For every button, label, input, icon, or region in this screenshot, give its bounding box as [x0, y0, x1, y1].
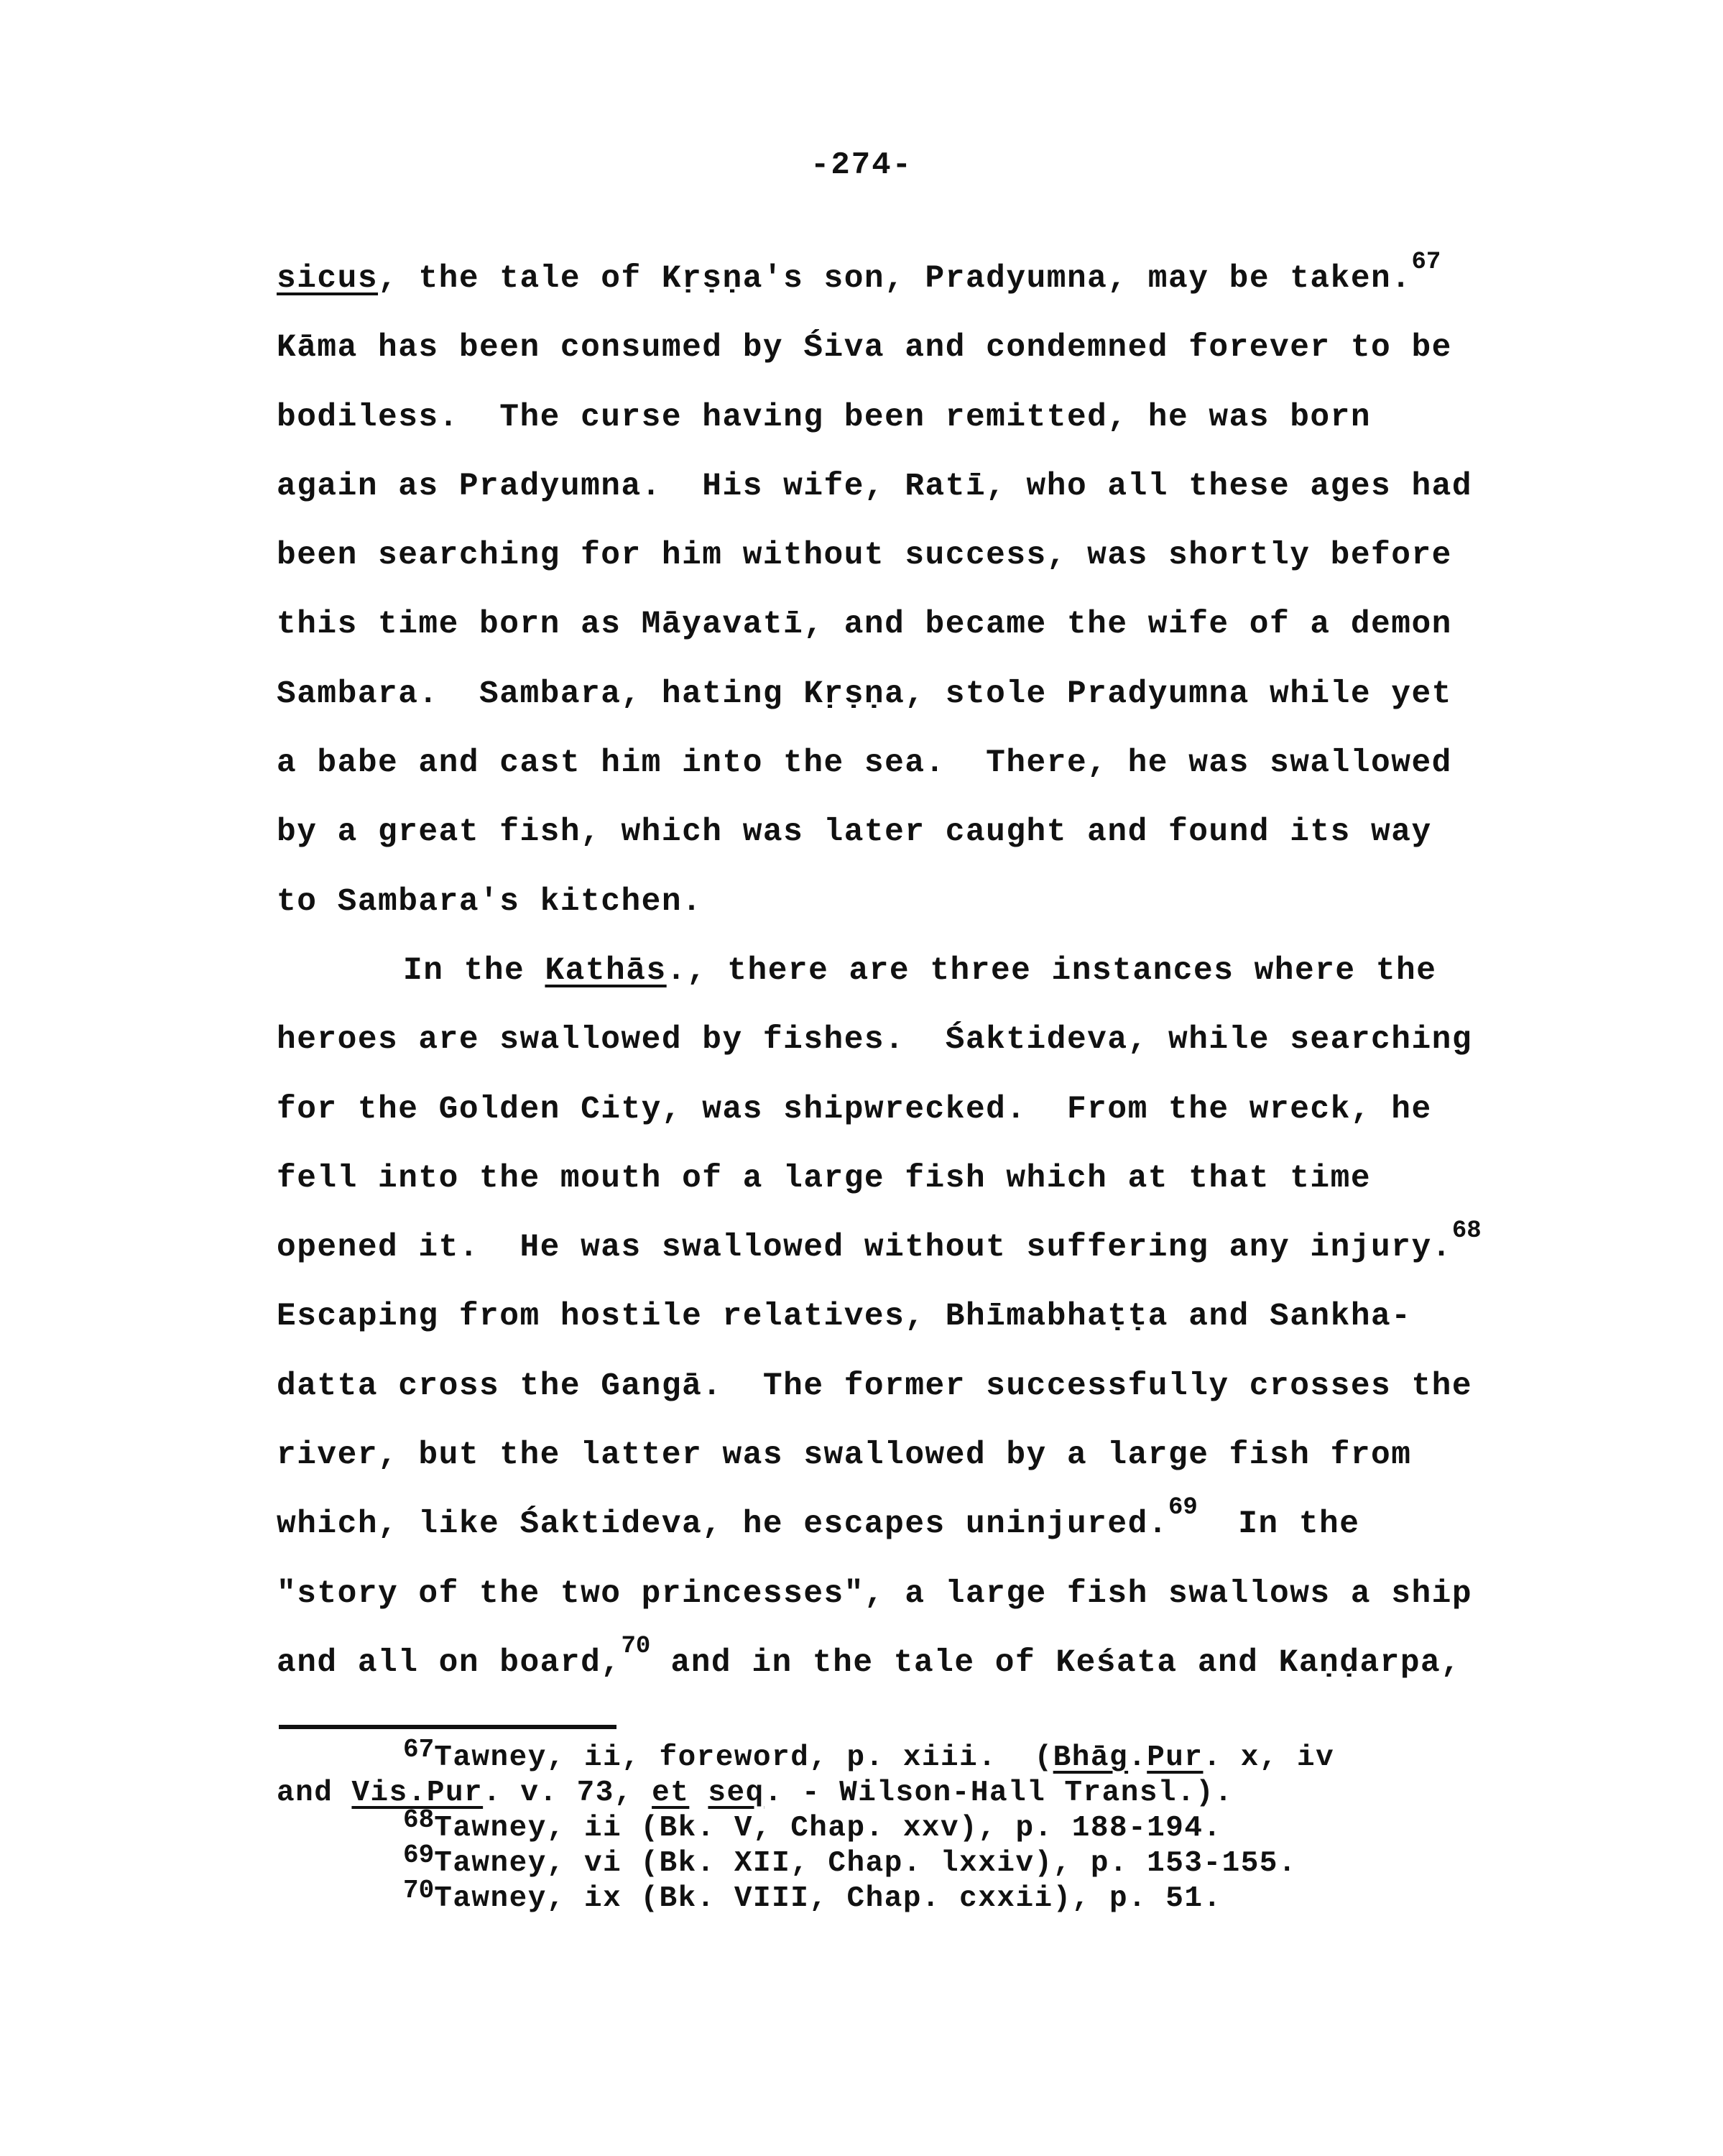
footnote-ref-67: 67: [1411, 249, 1441, 276]
text-line: again as Pradyumna. His wife, Ratī, who …: [277, 452, 1570, 521]
line-text: and in the tale of Keśata and Kaṇḍarpa,: [650, 1645, 1461, 1681]
text-line: been searching for him without success, …: [277, 521, 1570, 590]
footnote-number: 67: [403, 1735, 434, 1764]
footnote-text: Tawney, vi (Bk. XII, Chap. lxxiv), p. 15…: [434, 1847, 1297, 1880]
text-line: which, like Śaktideva, he escapes uninju…: [277, 1490, 1570, 1559]
text-line: a babe and cast him into the sea. There,…: [277, 729, 1570, 798]
text-line: fell into the mouth of a large fish whic…: [277, 1144, 1570, 1213]
footnote-67: 67Tawney, ii, foreword, p. xiii. (Bhāg.P…: [277, 1741, 1570, 1776]
footnote-number: 70: [403, 1876, 434, 1905]
footnote-ref-69: 69: [1168, 1494, 1198, 1521]
footnotes: 67Tawney, ii, foreword, p. xiii. (Bhāg.P…: [277, 1741, 1570, 1917]
footnote-text: . v. 73,: [483, 1777, 652, 1810]
footnote-text: and: [277, 1777, 351, 1810]
footnote-text: Tawney, ii, foreword, p. xiii. (: [434, 1741, 1053, 1774]
footnote-70: 70Tawney, ix (Bk. VIII, Chap. cxxii), p.…: [277, 1881, 1570, 1917]
paragraph-start: In the Kathās., there are three instance…: [277, 936, 1570, 1005]
line-text: opened it. He was swallowed without suff…: [277, 1230, 1452, 1266]
text-line: sicus, the tale of Kṛṣṇa's son, Pradyumn…: [277, 244, 1570, 313]
body-text: sicus, the tale of Kṛṣṇa's son, Pradyumn…: [277, 244, 1570, 1697]
text-line: this time born as Māyavatī, and became t…: [277, 590, 1570, 659]
footnote-text: Tawney, ii (Bk. V, Chap. xxv), p. 188-19…: [434, 1812, 1221, 1845]
document-page: -274- sicus, the tale of Kṛṣṇa's son, Pr…: [0, 0, 1723, 2156]
footnote-text: . x, iv: [1204, 1741, 1335, 1774]
underlined-word: Kathās: [545, 953, 666, 989]
footnote-text: .: [1128, 1741, 1147, 1774]
footnote-text: [689, 1777, 708, 1810]
footnote-separator: [279, 1725, 616, 1729]
text-line: for the Golden City, was shipwrecked. Fr…: [277, 1075, 1570, 1144]
text-line: opened it. He was swallowed without suff…: [277, 1213, 1570, 1282]
line-text: In the: [1198, 1506, 1360, 1542]
footnote-68: 68Tawney, ii (Bk. V, Chap. xxv), p. 188-…: [277, 1811, 1570, 1846]
footnote-ref-70: 70: [621, 1633, 650, 1660]
footnote-number: 68: [403, 1805, 434, 1835]
underlined-word: Pur: [1147, 1741, 1203, 1774]
footnote-text: . - Wilson-Hall Transl.).: [765, 1777, 1234, 1810]
underlined-word: Bhāg: [1053, 1741, 1128, 1774]
line-text: ., there are three instances where the: [667, 953, 1437, 989]
page-number: -274-: [0, 147, 1723, 183]
text-line: "story of the two princesses", a large f…: [277, 1560, 1570, 1628]
footnote-text: Tawney, ix (Bk. VIII, Chap. cxxii), p. 5…: [434, 1882, 1221, 1915]
footnote-ref-68: 68: [1452, 1217, 1482, 1245]
text-line: to Sambara's kitchen.: [277, 867, 1570, 936]
footnote-number: 69: [403, 1841, 434, 1870]
text-line: by a great fish, which was later caught …: [277, 798, 1570, 867]
line-text: In the: [403, 953, 545, 989]
text-line: heroes are swallowed by fishes. Śaktidev…: [277, 1005, 1570, 1074]
text-line: Escaping from hostile relatives, Bhīmabh…: [277, 1282, 1570, 1351]
footnote-69: 69Tawney, vi (Bk. XII, Chap. lxxiv), p. …: [277, 1846, 1570, 1881]
line-text: , the tale of Kṛṣṇa's son, Pradyumna, ma…: [378, 261, 1411, 297]
text-line: bodiless. The curse having been remitted…: [277, 383, 1570, 452]
underlined-word: sicus: [277, 261, 378, 297]
text-line: and all on board,70 and in the tale of K…: [277, 1628, 1570, 1697]
line-text: which, like Śaktideva, he escapes uninju…: [277, 1506, 1168, 1542]
underlined-word: seq: [708, 1777, 764, 1810]
text-line: Sambara. Sambara, hating Kṛṣṇa, stole Pr…: [277, 660, 1570, 729]
text-line: river, but the latter was swallowed by a…: [277, 1421, 1570, 1490]
text-line: datta cross the Gangā. The former succes…: [277, 1352, 1570, 1421]
line-text: and all on board,: [277, 1645, 621, 1681]
footnote-67-continued: and Vis.Pur. v. 73, et seq. - Wilson-Hal…: [277, 1776, 1570, 1811]
underlined-word: et: [652, 1777, 689, 1810]
text-line: Kāma has been consumed by Śiva and conde…: [277, 313, 1570, 382]
